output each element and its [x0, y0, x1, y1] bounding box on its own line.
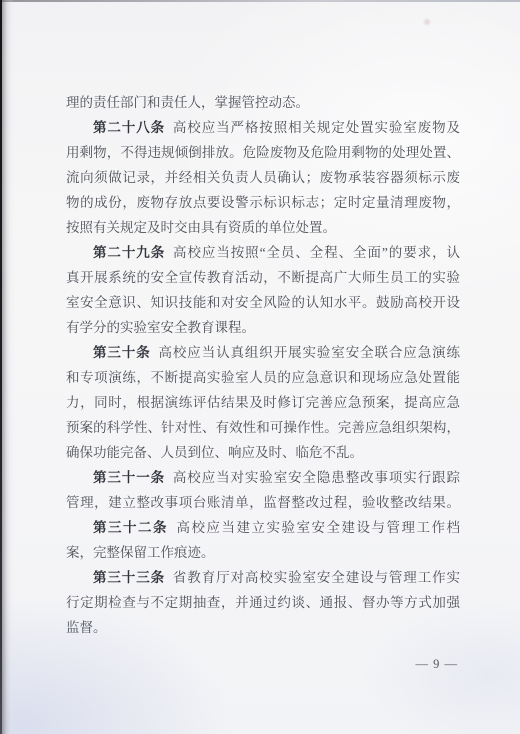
text-line: 流向须做记录，并经相关负责人员确认；废物承装容器须标示废: [66, 165, 460, 190]
text-line: 第二十九条高校应当按照“全员、全程、全面”的要求，认: [66, 240, 460, 265]
scan-top-edge: [0, 0, 520, 2]
text-line: 理的责任部门和责任人，掌握管控动态。: [66, 90, 460, 115]
article-number: 第二十九条: [93, 245, 165, 260]
text-line: 真开展系统的安全宣传教育活动，不断提高广大师生员工的实验: [66, 265, 460, 290]
text-line: 第三十条高校应当认真组织开展实验室安全联合应急演练: [66, 340, 460, 365]
text-line: 有学分的实验室安全教育课程。: [66, 315, 460, 340]
text-line: 和专项演练，不断提高实验室人员的应急意识和现场应急处置能: [66, 365, 460, 390]
text-line: 用剩物，不得违规倾倒排放。危险废物及危险用剩物的处理处置、: [66, 140, 460, 165]
scan-left-edge-fade: [2, 0, 15, 734]
text-line: 力，同时，根据演练评估结果及时修订完善应急预案，提高应急: [66, 390, 460, 415]
document-body: 理的责任部门和责任人，掌握管控动态。第二十八条高校应当严格按照相关规定处置实验室…: [66, 90, 460, 640]
article-number: 第三十一条: [93, 470, 165, 485]
text-line: 第三十三条省教育厅对高校实验室安全建设与管理工作实: [66, 565, 460, 590]
text-line: 第三十二条高校应当建立实验室安全建设与管理工作档: [66, 515, 460, 540]
text-line: 管理，建立整改事项台账清单，监督整改过程，验收整改结果。: [66, 490, 460, 515]
text-line: 第二十八条高校应当严格按照相关规定处置实验室废物及: [66, 115, 460, 140]
text-line: 物的成份，废物存放点要设警示标识标志；定时定量清理废物，: [66, 190, 460, 215]
text-line: 确保功能完备、人员到位、响应及时、临危不乱。: [66, 440, 460, 465]
text-line: 案，完整保留工作痕迹。: [66, 540, 460, 565]
text-line: 室安全意识、知识技能和对安全风险的认知水平。鼓励高校开设: [66, 290, 460, 315]
footer-page-number: — 9 —: [66, 654, 458, 674]
text-line: 按照有关规定及时交由具有资质的单位处置。: [66, 215, 460, 240]
text-line: 行定期检查与不定期抽查，并通过约谈、通报、督办等方式加强: [66, 590, 460, 615]
text-line: 第三十一条高校应当对实验室安全隐患整改事项实行跟踪: [66, 465, 460, 490]
text-line: 监督。: [66, 615, 460, 640]
article-number: 第三十条: [93, 345, 151, 360]
article-number: 第三十三条: [93, 570, 165, 585]
scanned-document-page: 理的责任部门和责任人，掌握管控动态。第二十八条高校应当严格按照相关规定处置实验室…: [0, 0, 520, 734]
text-line: 预案的科学性、针对性、有效性和可操作性。完善应急组织架构，: [66, 415, 460, 440]
article-number: 第三十二条: [93, 520, 168, 535]
article-number: 第二十八条: [93, 120, 165, 135]
